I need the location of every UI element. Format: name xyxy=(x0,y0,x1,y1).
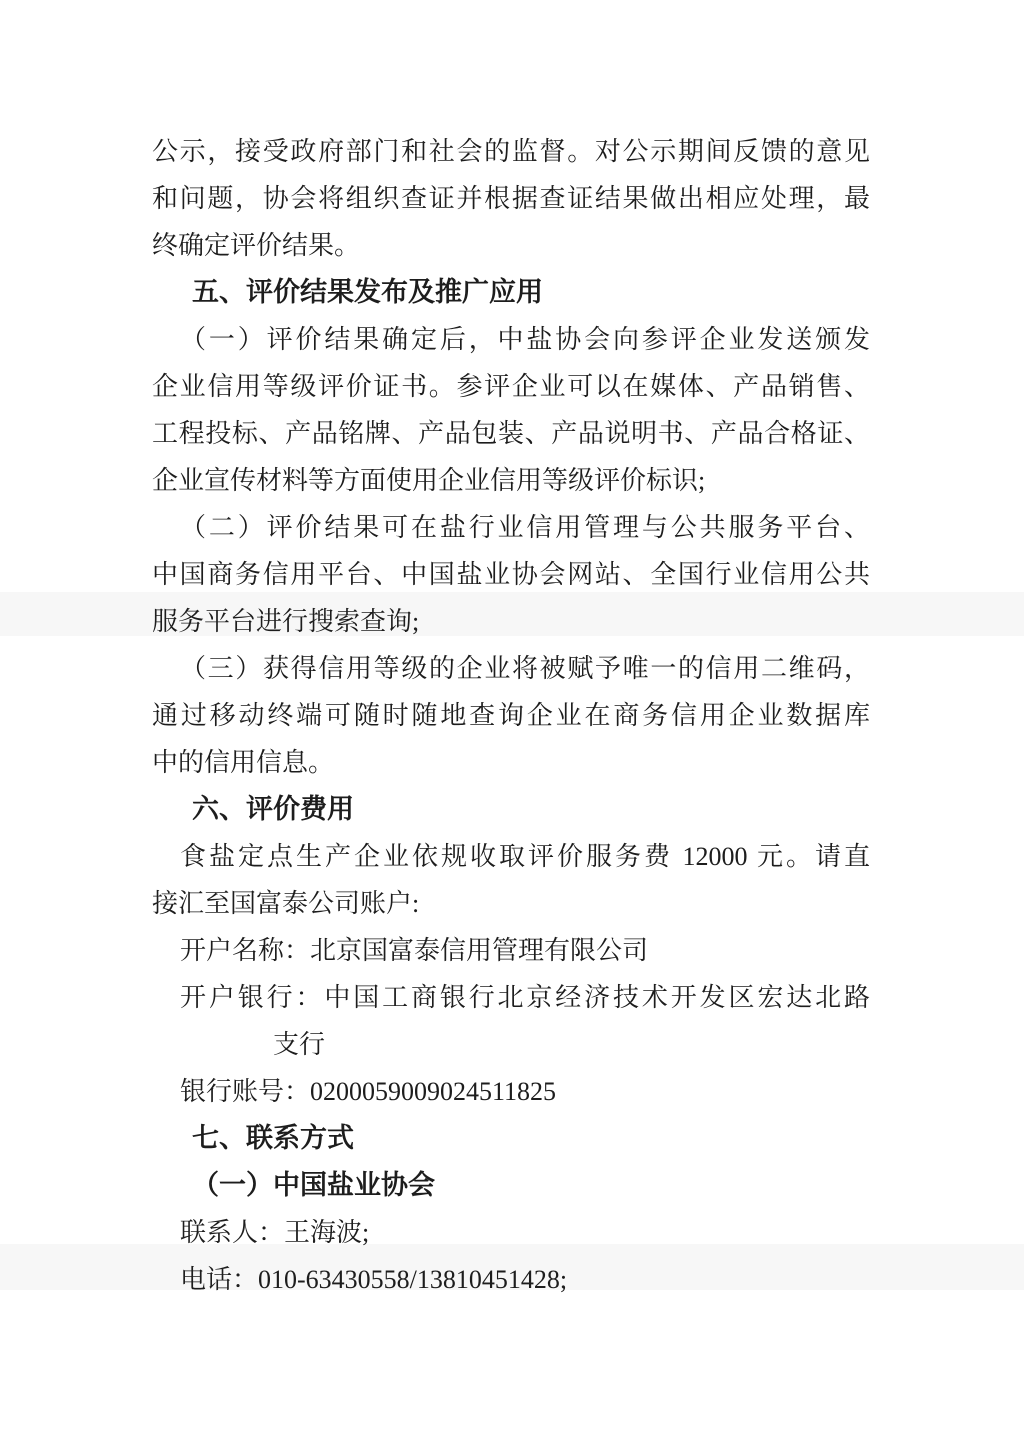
heading-subsection-china-salt-association: （一）中国盐业协会 xyxy=(152,1162,870,1209)
phone-number-line: 电话：010-63430558/13810451428; xyxy=(152,1256,870,1303)
paragraph-line: 企业宣传材料等方面使用企业信用等级评价标识; xyxy=(152,457,870,504)
heading-section-7: 七、联系方式 xyxy=(152,1115,870,1162)
paragraph-line-item-3: （三）获得信用等级的企业将被赋予唯一的信用二维码， xyxy=(152,645,870,692)
account-bank-branch-line: 支行 xyxy=(152,1021,870,1068)
paragraph-line: 公示，接受政府部门和社会的监督。对公示期间反馈的意见 xyxy=(152,128,870,175)
contact-person-line: 联系人：王海波; xyxy=(152,1209,870,1256)
paragraph-line: 企业信用等级评价证书。参评企业可以在媒体、产品销售、 xyxy=(152,363,870,410)
heading-section-5: 五、评价结果发布及推广应用 xyxy=(152,269,870,316)
fee-paragraph-line: 接汇至国富泰公司账户: xyxy=(152,880,870,927)
heading-section-6: 六、评价费用 xyxy=(152,786,870,833)
paragraph-line-item-1: （一）评价结果确定后，中盐协会向参评企业发送颁发 xyxy=(152,316,870,363)
paragraph-line: 服务平台进行搜索查询; xyxy=(152,598,870,645)
account-name-line: 开户名称：北京国富泰信用管理有限公司 xyxy=(152,927,870,974)
bank-account-number-line: 银行账号：0200059009024511825 xyxy=(152,1068,870,1115)
paragraph-line: 通过移动终端可随时随地查询企业在商务信用企业数据库 xyxy=(152,692,870,739)
paragraph-line: 工程投标、产品铭牌、产品包装、产品说明书、产品合格证、 xyxy=(152,410,870,457)
paragraph-line-item-2: （二）评价结果可在盐行业信用管理与公共服务平台、 xyxy=(152,504,870,551)
document-body: 公示，接受政府部门和社会的监督。对公示期间反馈的意见 和问题，协会将组织查证并根… xyxy=(152,128,870,1303)
document-page: 公示，接受政府部门和社会的监督。对公示期间反馈的意见 和问题，协会将组织查证并根… xyxy=(0,0,1024,1448)
account-bank-line: 开户银行：中国工商银行北京经济技术开发区宏达北路 xyxy=(152,974,870,1021)
paragraph-line: 终确定评价结果。 xyxy=(152,222,870,269)
paragraph-line: 和问题，协会将组织查证并根据查证结果做出相应处理，最 xyxy=(152,175,870,222)
paragraph-line: 中的信用信息。 xyxy=(152,739,870,786)
paragraph-line: 中国商务信用平台、中国盐业协会网站、全国行业信用公共 xyxy=(152,551,870,598)
fee-paragraph-line: 食盐定点生产企业依规收取评价服务费 12000 元。请直 xyxy=(152,833,870,880)
